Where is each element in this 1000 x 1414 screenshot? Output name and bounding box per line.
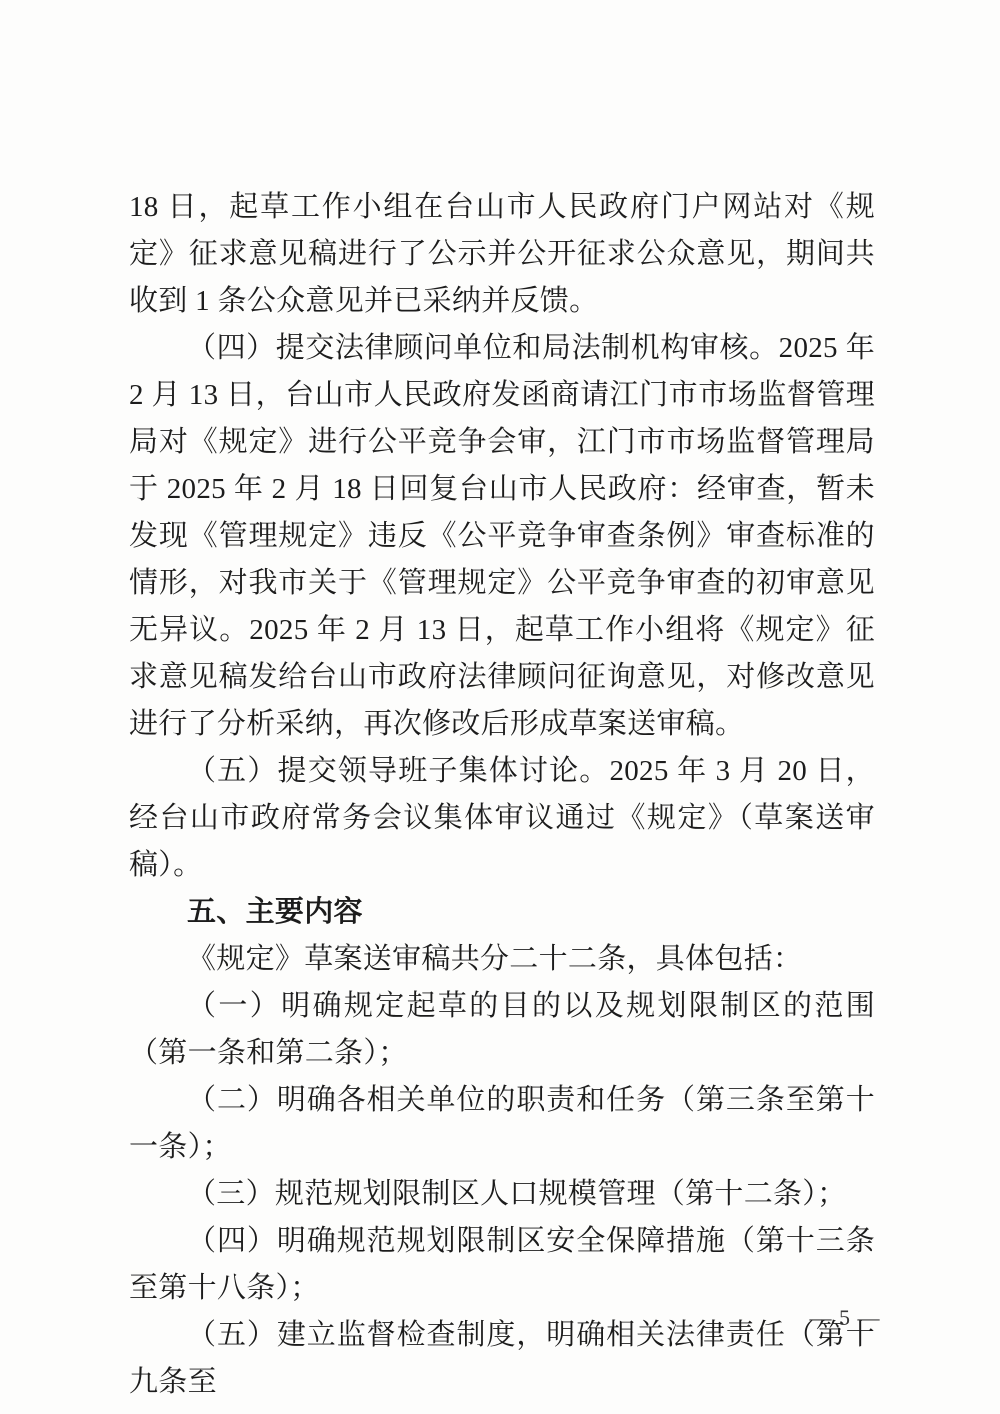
paragraph: （四）提交法律顾问单位和局法制机构审核。2025 年 2 月 13 日，台山市人… <box>129 325 875 748</box>
paragraph: （四）明确规范规划限制区安全保障措施（第十三条至第十八条）； <box>129 1218 875 1312</box>
paragraph: （三）规范规划限制区人口规模管理（第十二条）； <box>129 1171 875 1218</box>
paragraph: 《规定》草案送审稿共分二十二条，具体包括： <box>129 936 875 983</box>
paragraph: 18 日，起草工作小组在台山市人民政府门户网站对《规定》征求意见稿进行了公示并公… <box>129 184 875 325</box>
paragraph: （二）明确各相关单位的职责和任务（第三条至第十一条）； <box>129 1077 875 1171</box>
page-number-text: — 5 — <box>810 1305 881 1330</box>
paragraph: （五）提交领导班子集体讨论。2025 年 3 月 20 日，经台山市政府常务会议… <box>129 748 875 889</box>
paragraph: （五）建立监督检查制度，明确相关法律责任（第十九条至 <box>129 1312 875 1406</box>
document-page: 18 日，起草工作小组在台山市人民政府门户网站对《规定》征求意见稿进行了公示并公… <box>0 0 1000 1414</box>
paragraph: （一）明确规定起草的目的以及规划限制区的范围（第一条和第二条）； <box>129 983 875 1077</box>
page-number: — 5 — <box>790 1305 900 1331</box>
document-body: 18 日，起草工作小组在台山市人民政府门户网站对《规定》征求意见稿进行了公示并公… <box>129 184 875 1406</box>
section-heading: 五、主要内容 <box>129 889 875 936</box>
